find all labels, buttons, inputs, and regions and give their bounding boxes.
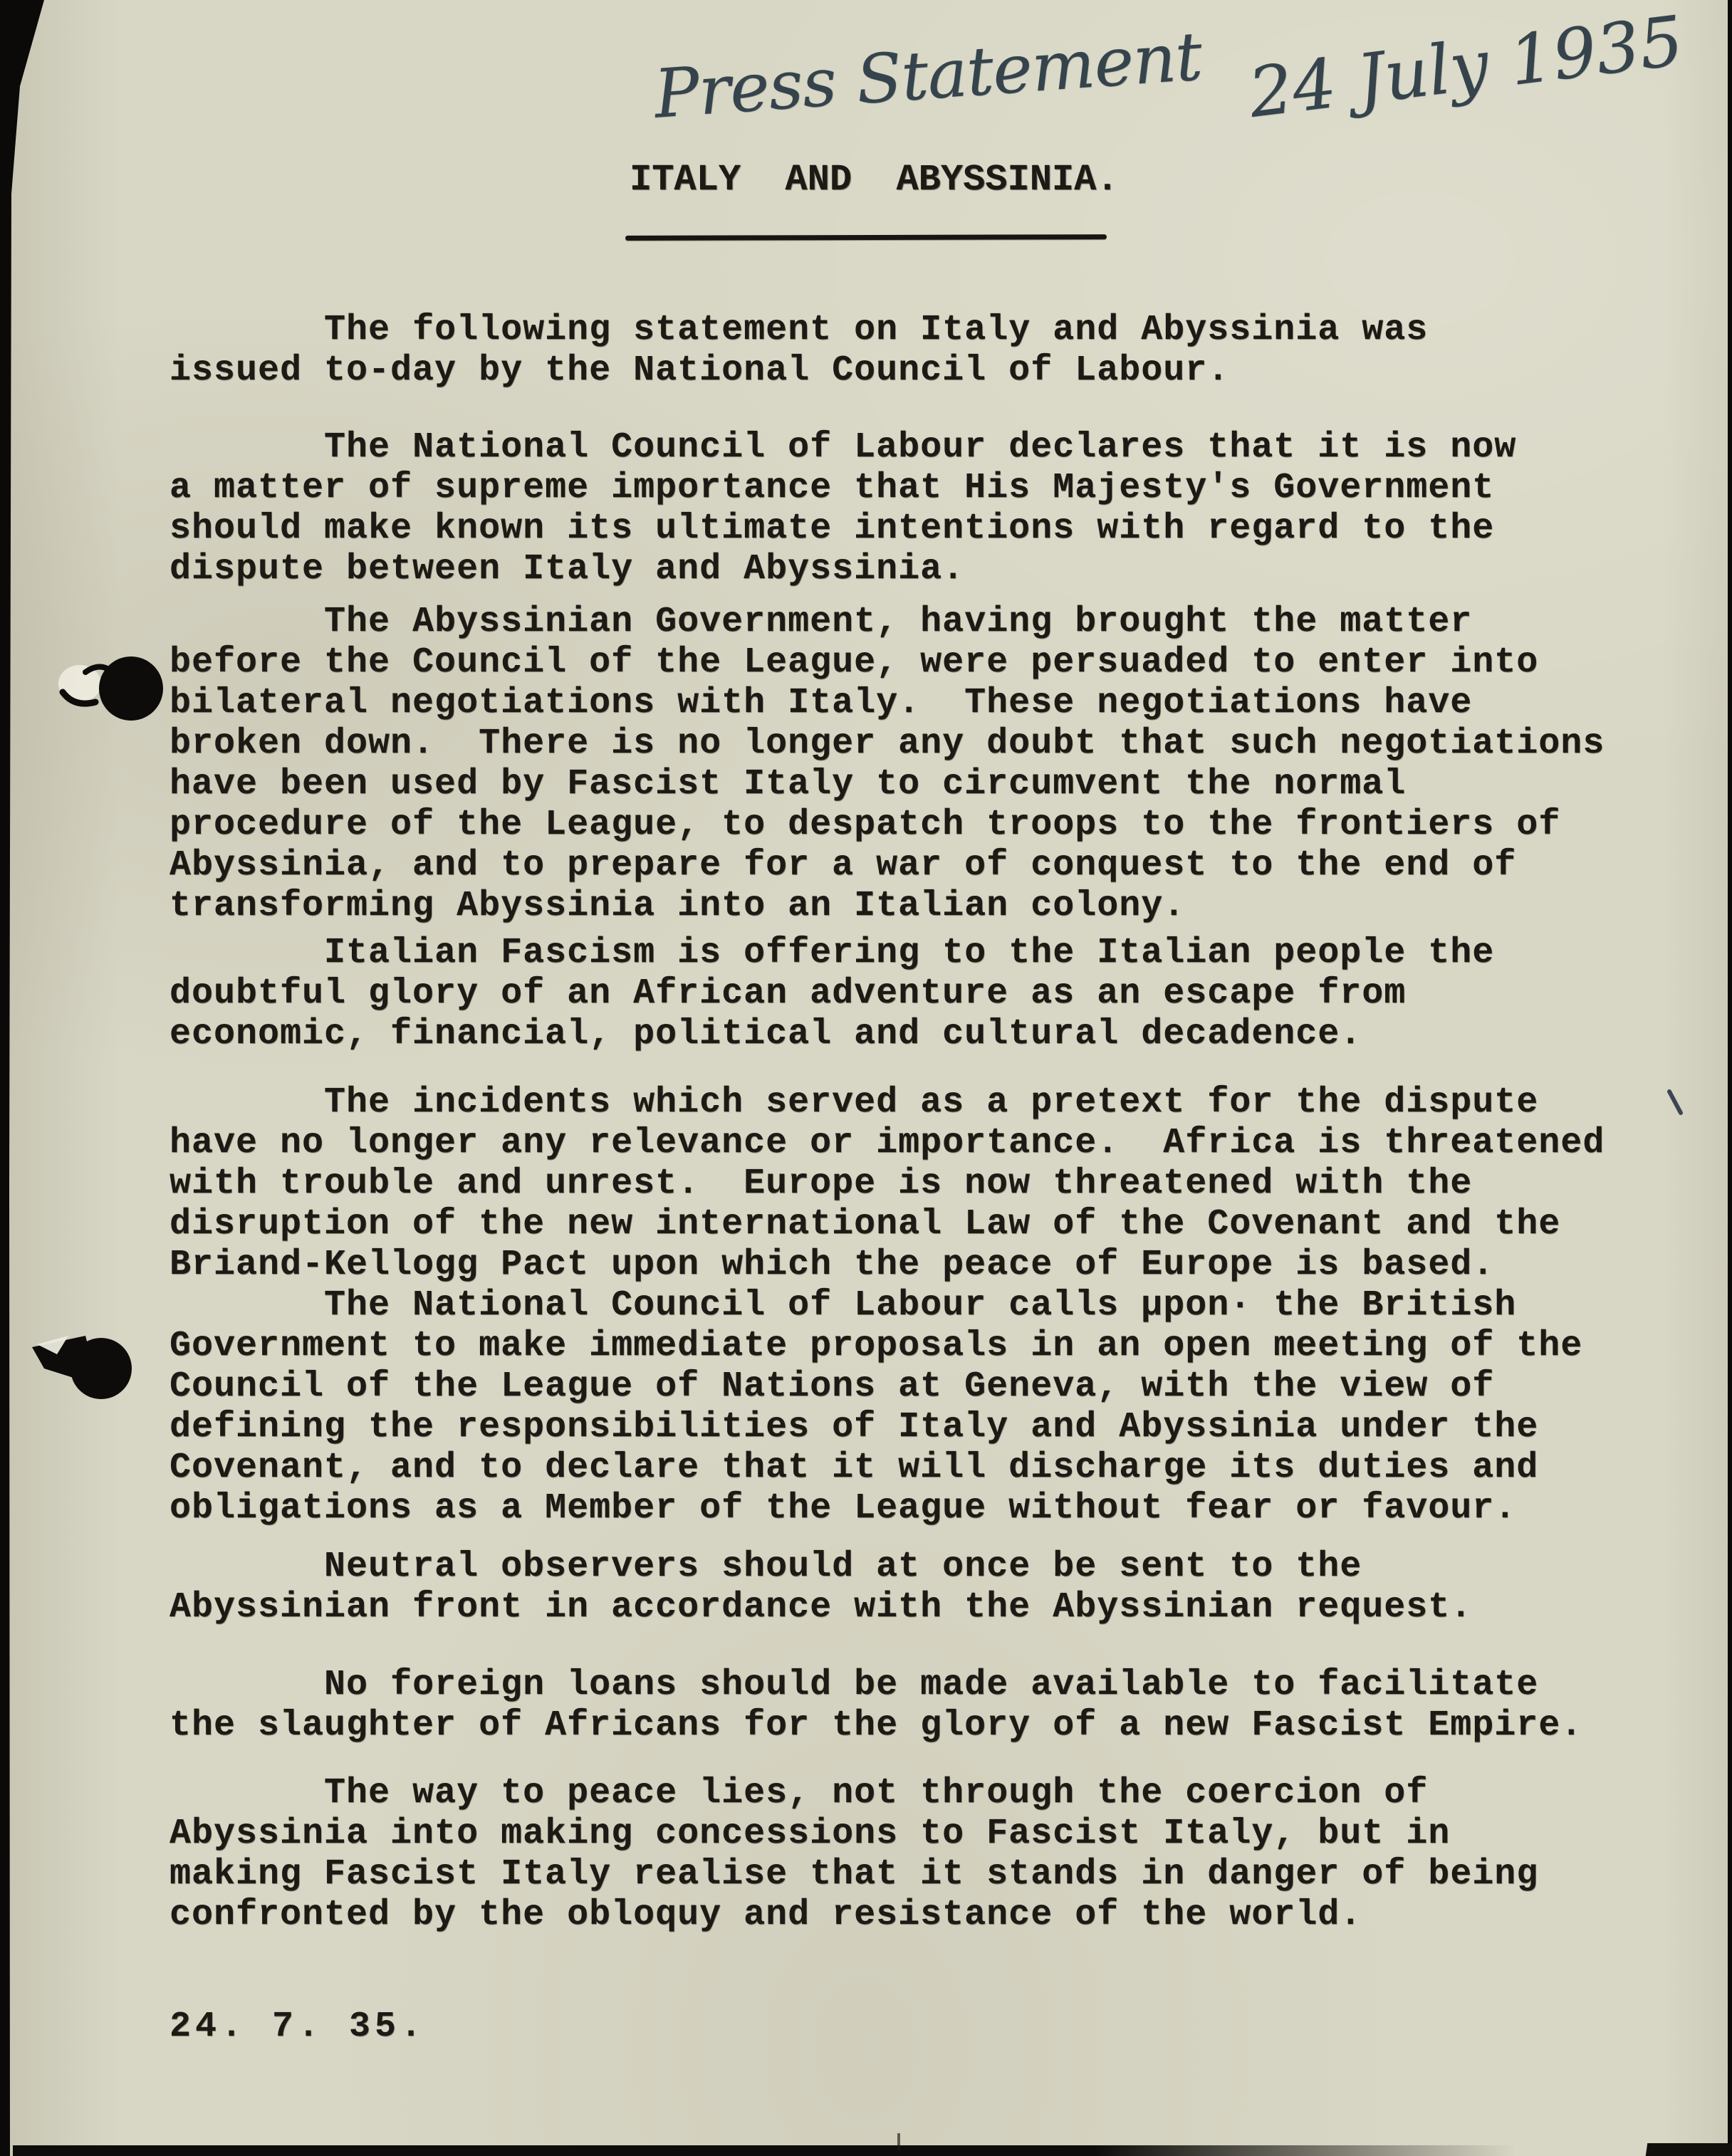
scan-edge-bottom (13, 2145, 1515, 2156)
paragraph-2: The National Council of Labour declares … (169, 427, 1672, 590)
paragraph-9: The way to peace lies, not through the c… (169, 1773, 1672, 1935)
title-underline (625, 234, 1107, 241)
paragraph-7: Neutral observers should at once be sent… (169, 1547, 1672, 1628)
paragraph-8: No foreign loans should be made availabl… (169, 1665, 1672, 1746)
scan-edge-left (0, 0, 50, 2156)
ink-blot-top (0, 627, 214, 783)
scanned-document-page: Press Statement 24 July 1935 ITALY AND A… (0, 0, 1732, 2156)
document-title: ITALY AND ABYSSINIA. (630, 159, 1119, 200)
ink-blot-middle (0, 1317, 214, 1474)
paragraph-5: The incidents which served as a pretext … (169, 1082, 1672, 1285)
scan-scratch-mark (897, 2133, 900, 2150)
scan-edge-bottom-right (1646, 2143, 1732, 2156)
paragraph-6: The National Council of Labour calls µpo… (169, 1285, 1672, 1529)
handwritten-date-annotation: 24 July 1935 (1244, 1, 1687, 133)
paragraph-4: Italian Fascism is offering to the Itali… (169, 933, 1672, 1055)
scan-edge-right (1728, 0, 1732, 2156)
typed-date-footer: 24. 7. 35. (169, 2006, 426, 2047)
pen-tick-mark (1659, 1086, 1695, 1121)
handwritten-press-statement-annotation: Press Statement (652, 18, 1204, 133)
paragraph-3: The Abyssinian Government, having brough… (169, 602, 1672, 926)
paragraph-1: The following statement on Italy and Aby… (169, 310, 1672, 391)
